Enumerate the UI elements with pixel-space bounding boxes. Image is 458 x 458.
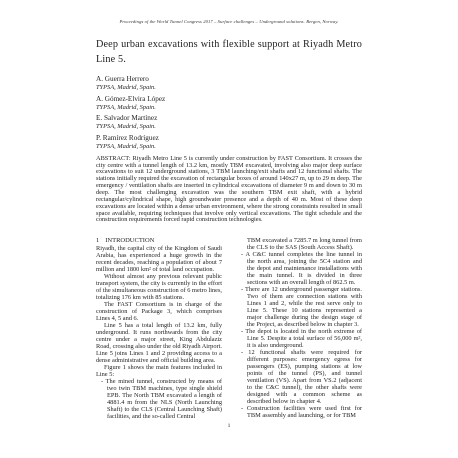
- left-column: 1INTRODUCTION Riyadh, the capital city o…: [96, 237, 222, 420]
- author-entry: E. Salvador Martínez TYPSA, Madrid, Spai…: [96, 114, 362, 131]
- author-name: A. Gómez-Elvira López: [96, 95, 362, 104]
- author-affiliation: TYPSA, Madrid, Spain.: [96, 84, 362, 92]
- author-name: P. Ramírez Rodríguez: [96, 134, 362, 143]
- bullet-item: - Construction facilities were used firs…: [236, 405, 362, 419]
- section-title: INTRODUCTION: [105, 237, 154, 244]
- bullet-item-continuation: TBM excavated a 7285.7 m long tunnel fro…: [236, 237, 362, 251]
- author-list: A. Guerra Herrero TYPSA, Madrid, Spain. …: [96, 75, 362, 151]
- body-paragraph: The FAST Consortium is in charge of the …: [96, 301, 222, 322]
- body-paragraph: Line 5 has a total length of 13.2 km, fu…: [96, 322, 222, 364]
- section-heading-introduction: 1INTRODUCTION: [96, 237, 222, 244]
- paper-title-line-2: Line 5.: [96, 52, 362, 67]
- author-name: A. Guerra Herrero: [96, 75, 362, 84]
- body-paragraph: Without almost any previous relevant pub…: [96, 273, 222, 301]
- bullet-item: - The mined tunnel, constructed by means…: [96, 378, 222, 420]
- abstract-paragraph: ABSTRACT: Riyadh Metro Line 5 is current…: [96, 156, 362, 224]
- body-paragraph: Figure 1 shows the main features include…: [96, 364, 222, 378]
- section-number: 1: [96, 237, 99, 244]
- bullet-item: - 12 functional shafts were required for…: [236, 349, 362, 405]
- right-column: TBM excavated a 7285.7 m long tunnel fro…: [236, 237, 362, 420]
- author-entry: A. Gómez-Elvira López TYPSA, Madrid, Spa…: [96, 95, 362, 112]
- author-affiliation: TYPSA, Madrid, Spain.: [96, 143, 362, 151]
- body-paragraph: Riyadh, the capital city of the Kingdom …: [96, 245, 222, 273]
- body-columns: 1INTRODUCTION Riyadh, the capital city o…: [96, 237, 362, 420]
- paper-title-line-1: Deep urban excavations with flexible sup…: [96, 37, 362, 52]
- page-number: 1: [96, 423, 362, 430]
- bullet-item: - The depot is located in the north extr…: [236, 328, 362, 349]
- author-affiliation: TYPSA, Madrid, Spain.: [96, 104, 362, 112]
- paper-page: Proceedings of the World Tunnel Congress…: [0, 0, 458, 458]
- author-name: E. Salvador Martínez: [96, 114, 362, 123]
- bullet-item: - A C&C tunnel completes the line tunnel…: [236, 251, 362, 286]
- screenshot-canvas: Proceedings of the World Tunnel Congress…: [0, 0, 458, 458]
- author-entry: A. Guerra Herrero TYPSA, Madrid, Spain.: [96, 75, 362, 92]
- author-entry: P. Ramírez Rodríguez TYPSA, Madrid, Spai…: [96, 134, 362, 151]
- bullet-item: - There are 12 underground passenger sta…: [236, 286, 362, 328]
- running-header: Proceedings of the World Tunnel Congress…: [96, 19, 362, 25]
- paper-title: Deep urban excavations with flexible sup…: [96, 37, 362, 67]
- author-affiliation: TYPSA, Madrid, Spain.: [96, 123, 362, 131]
